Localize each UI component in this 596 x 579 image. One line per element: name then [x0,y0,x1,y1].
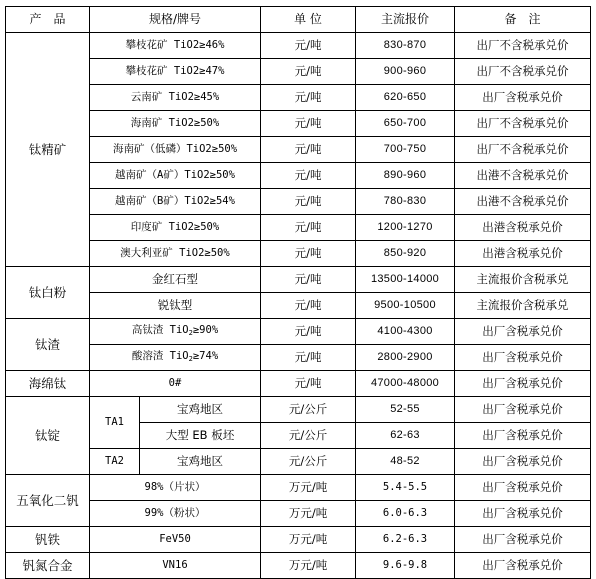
note-cell: 出港含税承兑价 [455,215,591,241]
note-cell: 主流报价含税承兑 [455,267,591,293]
price-cell: 62-63 [356,423,455,449]
table-row: 海绵钛 0# 元/吨 47000-48000 出厂含税承兑价 [6,371,591,397]
spec-cell: 海南矿 TiO2≥50% [90,111,261,137]
header-spec: 规格/牌号 [90,7,261,33]
table-row: 酸溶渣 TiO2≥74% 元/吨 2800-2900 出厂含税承兑价 [6,345,591,371]
price-cell: 4100-4300 [356,319,455,345]
table-row: 海南矿（低磷）TiO2≥50% 元/吨 700-750 出厂不含税承兑价 [6,137,591,163]
table-row: 钛锭 TA1 宝鸡地区 元/公斤 52-55 出厂含税承兑价 [6,397,591,423]
price-cell: 9.6-9.8 [356,553,455,579]
note-cell: 出厂不含税承兑价 [455,59,591,85]
spec-cell: 越南矿（B矿）TiO2≥54% [90,189,261,215]
grade-cell-ta1: TA1 [90,397,140,449]
spec-cell: 酸溶渣 TiO2≥74% [90,345,261,371]
unit-cell: 元/公斤 [261,397,356,423]
note-cell: 出厂含税承兑价 [455,319,591,345]
table-row: 攀枝花矿 TiO2≥47% 元/吨 900-960 出厂不含税承兑价 [6,59,591,85]
header-note: 备 注 [455,7,591,33]
note-cell: 出厂不含税承兑价 [455,33,591,59]
table-row: 越南矿（A矿）TiO2≥50% 元/吨 890-960 出港不含税承兑价 [6,163,591,189]
unit-cell: 元/公斤 [261,423,356,449]
table-row: 印度矿 TiO2≥50% 元/吨 1200-1270 出港含税承兑价 [6,215,591,241]
unit-cell: 元/吨 [261,215,356,241]
price-cell: 1200-1270 [356,215,455,241]
table-row: 钛白粉 金红石型 元/吨 13500-14000 主流报价含税承兑 [6,267,591,293]
spec-cell: 印度矿 TiO2≥50% [90,215,261,241]
unit-cell: 元/吨 [261,345,356,371]
unit-cell: 万元/吨 [261,527,356,553]
product-cell-vanadium-nitrogen-alloy: 钒氮合金 [6,553,90,579]
note-cell: 出港含税承兑价 [455,241,591,267]
price-cell: 900-960 [356,59,455,85]
product-cell-titanium-slag: 钛渣 [6,319,90,371]
spec-suffix: ≥90% [193,324,218,336]
spec-cell: 锐钛型 [90,293,261,319]
price-cell: 700-750 [356,137,455,163]
spec-cell: 海南矿（低磷）TiO2≥50% [90,137,261,163]
unit-cell: 元/吨 [261,163,356,189]
note-cell: 出厂含税承兑价 [455,371,591,397]
note-cell: 出厂含税承兑价 [455,85,591,111]
unit-cell: 元/吨 [261,189,356,215]
note-cell: 出厂不含税承兑价 [455,137,591,163]
price-cell: 890-960 [356,163,455,189]
spec-cell: 99%（粉状） [90,501,261,527]
unit-cell: 元/吨 [261,59,356,85]
price-cell: 6.2-6.3 [356,527,455,553]
header-unit: 单 位 [261,7,356,33]
price-cell: 48-52 [356,449,455,475]
price-cell: 650-700 [356,111,455,137]
product-cell-ferrovanadium: 钒铁 [6,527,90,553]
table-row: 钒氮合金 VN16 万元/吨 9.6-9.8 出厂含税承兑价 [6,553,591,579]
unit-cell: 万元/吨 [261,501,356,527]
spec-cell: 大型 EB 板坯 [140,423,261,449]
price-cell: 2800-2900 [356,345,455,371]
table-row: 海南矿 TiO2≥50% 元/吨 650-700 出厂不含税承兑价 [6,111,591,137]
product-cell-titanium-dioxide: 钛白粉 [6,267,90,319]
price-cell: 5.4-5.5 [356,475,455,501]
spec-cell: 澳大利亚矿 TiO2≥50% [90,241,261,267]
spec-suffix: ≥74% [193,350,218,362]
unit-cell: 元/吨 [261,241,356,267]
note-cell: 出厂含税承兑价 [455,397,591,423]
spec-cell: FeV50 [90,527,261,553]
unit-cell: 元/吨 [261,137,356,163]
table-row: 钛渣 高钛渣 TiO2≥90% 元/吨 4100-4300 出厂含税承兑价 [6,319,591,345]
price-cell: 47000-48000 [356,371,455,397]
unit-cell: 元/吨 [261,111,356,137]
table-row: 五氧化二钒 98%（片状） 万元/吨 5.4-5.5 出厂含税承兑价 [6,475,591,501]
note-cell: 出厂含税承兑价 [455,475,591,501]
table-row: 云南矿 TiO2≥45% 元/吨 620-650 出厂含税承兑价 [6,85,591,111]
spec-cell: 0# [90,371,261,397]
unit-cell: 元/公斤 [261,449,356,475]
note-cell: 出厂含税承兑价 [455,449,591,475]
unit-cell: 万元/吨 [261,475,356,501]
table-row: 钒铁 FeV50 万元/吨 6.2-6.3 出厂含税承兑价 [6,527,591,553]
price-cell: 6.0-6.3 [356,501,455,527]
spec-cell: 98%（片状） [90,475,261,501]
note-cell: 出厂含税承兑价 [455,527,591,553]
header-product: 产 品 [6,7,90,33]
table-row: 锐钛型 元/吨 9500-10500 主流报价含税承兑 [6,293,591,319]
spec-cell: 宝鸡地区 [140,397,261,423]
product-cell-vanadium-pentoxide: 五氧化二钒 [6,475,90,527]
spec-cell: 越南矿（A矿）TiO2≥50% [90,163,261,189]
grade-cell-ta2: TA2 [90,449,140,475]
unit-cell: 元/吨 [261,267,356,293]
price-cell: 9500-10500 [356,293,455,319]
spec-cell: 金红石型 [90,267,261,293]
table-row: 99%（粉状） 万元/吨 6.0-6.3 出厂含税承兑价 [6,501,591,527]
note-cell: 出厂含税承兑价 [455,553,591,579]
spec-cell: 云南矿 TiO2≥45% [90,85,261,111]
note-cell: 出港不含税承兑价 [455,163,591,189]
unit-cell: 元/吨 [261,371,356,397]
spec-cell: 高钛渣 TiO2≥90% [90,319,261,345]
price-cell: 620-650 [356,85,455,111]
header-row: 产 品 规格/牌号 单 位 主流报价 备 注 [6,7,591,33]
price-cell: 830-870 [356,33,455,59]
unit-cell: 元/吨 [261,85,356,111]
price-cell: 13500-14000 [356,267,455,293]
spec-cell: 攀枝花矿 TiO2≥46% [90,33,261,59]
spec-cell: 宝鸡地区 [140,449,261,475]
note-cell: 出厂含税承兑价 [455,501,591,527]
spec-cell: VN16 [90,553,261,579]
note-cell: 出厂含税承兑价 [455,345,591,371]
header-price: 主流报价 [356,7,455,33]
unit-cell: 元/吨 [261,33,356,59]
table-row: 澳大利亚矿 TiO2≥50% 元/吨 850-920 出港含税承兑价 [6,241,591,267]
note-cell: 出厂不含税承兑价 [455,111,591,137]
price-cell: 780-830 [356,189,455,215]
spec-prefix: 高钛渣 TiO [132,324,189,336]
price-cell: 850-920 [356,241,455,267]
spec-cell: 攀枝花矿 TiO2≥47% [90,59,261,85]
note-cell: 出厂含税承兑价 [455,423,591,449]
product-cell-titanium-concentrate: 钛精矿 [6,33,90,267]
spec-prefix: 酸溶渣 TiO [132,350,189,362]
unit-cell: 元/吨 [261,319,356,345]
price-cell: 52-55 [356,397,455,423]
table-row: 越南矿（B矿）TiO2≥54% 元/吨 780-830 出港不含税承兑价 [6,189,591,215]
product-cell-sponge-titanium: 海绵钛 [6,371,90,397]
table-row: TA2 宝鸡地区 元/公斤 48-52 出厂含税承兑价 [6,449,591,475]
product-cell-titanium-ingot: 钛锭 [6,397,90,475]
unit-cell: 元/吨 [261,293,356,319]
price-table: 产 品 规格/牌号 单 位 主流报价 备 注 钛精矿 攀枝花矿 TiO2≥46%… [5,6,591,579]
unit-cell: 万元/吨 [261,553,356,579]
note-cell: 主流报价含税承兑 [455,293,591,319]
note-cell: 出港不含税承兑价 [455,189,591,215]
table-row: 钛精矿 攀枝花矿 TiO2≥46% 元/吨 830-870 出厂不含税承兑价 [6,33,591,59]
